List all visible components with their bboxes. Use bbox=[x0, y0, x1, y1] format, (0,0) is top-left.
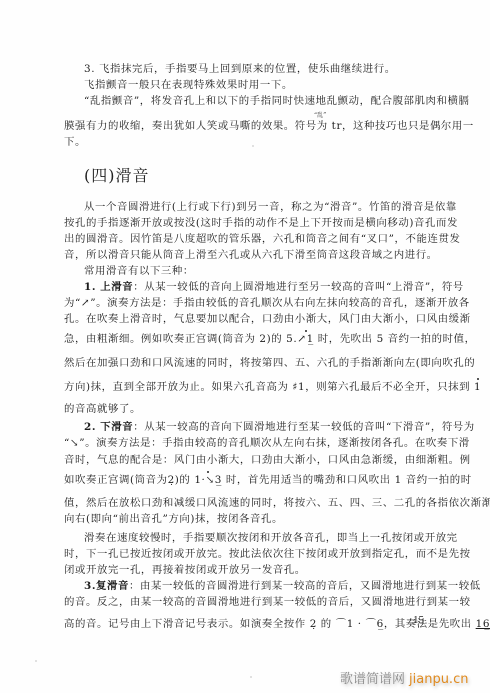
text-line: “乱指颤音”，将发音孔上和以下的手指同时快速地乱颤动，配合腹部肌肉和横膈 bbox=[84, 94, 431, 108]
text-line: 按孔的手指逐渐开放或按没(这时手指的动作不是上下开按而是横向移动)音孔而发 bbox=[64, 216, 431, 230]
page-number: 15 bbox=[413, 614, 424, 626]
text-line: 音时，气息的配合是：风门由小渐大，口劲由大渐小，口风由急渐缓，由细渐粗。例 bbox=[64, 453, 431, 467]
text-line: 急，由粗渐细。例如吹奏正宫调(筒音为 2)的 5.↗1̲ 时，先吹出 5 音约一… bbox=[64, 332, 431, 346]
text-line: 飞指颤音一般只在表现特殊效果时用一下。 bbox=[84, 78, 431, 92]
text-line: 出的圆滑音。因竹笛是八度超吹的管乐器，六孔和筒音之间有“叉口”，不能连贯发 bbox=[64, 232, 431, 246]
text-line: 下。 bbox=[64, 135, 431, 149]
subheading-compound-glide: 3.复滑音 bbox=[84, 580, 129, 592]
text-line: 从一个音圆滑进行(上行或下行)到另一音，称之为“滑音”。竹笛的滑音是依靠 bbox=[84, 200, 431, 214]
book-page: 3. 飞指抹完后，手指要马上回到原来的位置，使乐曲继续进行。 飞指颤音一般只在表… bbox=[0, 0, 490, 693]
subheading-upward-glide: 1. 上滑音 bbox=[84, 281, 133, 293]
text-line: 值，然后在放松口劲和减缓口风流速的同时，将按六、五、四、三、二孔的各指依次渐渐 bbox=[64, 496, 431, 510]
watermark: 歌谱简谱网jianpu.cn bbox=[340, 668, 468, 687]
text-line: 时，下一孔已按近按闭或开放完。按此法依次往下按闭或开放到指定孔，而不是先按 bbox=[64, 547, 431, 561]
text-line: 滑奏在速度较慢时，手指要顺次按闭和开放各音孔，即当上一孔按闭或开放完 bbox=[84, 531, 431, 545]
text-line: 为“↗”。演奏方法是：手指由较低的音孔顺次从右向左抹向较高的音孔，逐渐开放各 bbox=[64, 296, 431, 310]
text-line: 向右(即向“前出音孔”方向)抹，按闭各音孔。 bbox=[64, 512, 431, 526]
text-line: 高的音。记号由上下滑音记号表示。如演奏全按作 2̣ 的 ⌒1 · ⌒6̲，其奏法… bbox=[64, 617, 431, 631]
text-line: 3.复滑音：由某一较低的音圆滑进行到某一较高的音后，又圆滑地进行到某一较低 bbox=[84, 579, 431, 593]
text-line: 的音高就够了。 bbox=[64, 402, 431, 416]
text-line: 方向)抹，直到全部开放为止。如果六孔音高为 ♯1，则第六孔最后不必全开，只抹到 … bbox=[64, 380, 431, 394]
section-title: (四)滑音 bbox=[84, 163, 150, 186]
text-line: 孔。在吹奏上滑音时，气息要加以配合，口劲由小渐大，风门由大渐小，口风由缓渐 bbox=[64, 312, 431, 326]
music-notation: ⌒1 · ⌒6̲ bbox=[336, 618, 384, 630]
scan-speck bbox=[250, 676, 252, 678]
text-line: 3. 飞指抹完后，手指要马上回到原来的位置，使乐曲继续进行。 bbox=[84, 62, 431, 76]
watermark-url: jianpu.cn bbox=[409, 672, 468, 687]
subheading-downward-glide: 2. 下滑音 bbox=[84, 421, 133, 433]
music-notation: 1 bbox=[474, 380, 481, 394]
watermark-site-name: 歌谱简谱网 bbox=[340, 672, 405, 687]
music-notation: 1·↘3̲ bbox=[194, 473, 222, 487]
music-notation: ↗1̲ bbox=[297, 332, 314, 346]
scan-speck bbox=[35, 660, 37, 662]
trill-symbol-label: “乱” bbox=[314, 110, 326, 119]
scan-speck bbox=[252, 145, 254, 147]
text-line: “↘”。演奏方法是：手指由较高的音孔顺次从左向右抹，逐渐按闭各孔。在吹奏下滑 bbox=[64, 436, 431, 450]
text-line: 2. 下滑音：从某一较高的音向下圆滑地进行至某一较低的音叫“下滑音”，符号为 bbox=[84, 420, 431, 434]
music-notation: 16̲ bbox=[476, 618, 490, 630]
text-line: 的音。反之，由某一较高的音圆滑地进行到某一较低的音后，又圆滑地进行到某一较 bbox=[64, 595, 431, 609]
text-line: 1. 上滑音：从某一较低的音向上圆滑地进行至另一较高的音叫“上滑音”，符号 bbox=[84, 280, 431, 294]
text-line: 音，所以滑音只能从筒音上滑至六孔或从六孔下滑至筒音这段音域之内进行。 bbox=[64, 248, 431, 262]
text-line: 常用滑音有以下三种： bbox=[84, 264, 431, 278]
text-line: 闭或开放完一孔，再接着按闭或开放另一发音孔。 bbox=[64, 563, 431, 577]
text-line: 然后在加强口劲和口风流速的同时，将按第四、五、六孔的手指渐渐向左(即向吹孔的 bbox=[64, 356, 431, 370]
text-line: 膜强有力的收缩，奏出犹如人笑或马嘶的效果。符号为 tr，这种技巧也只是偶尔用一 bbox=[64, 119, 431, 133]
text-line: 如吹奏正宫调(筒音为2̣)的 1·↘3̲ 时，首先用适当的嘴劲和口风吹出 1 音… bbox=[64, 473, 431, 487]
